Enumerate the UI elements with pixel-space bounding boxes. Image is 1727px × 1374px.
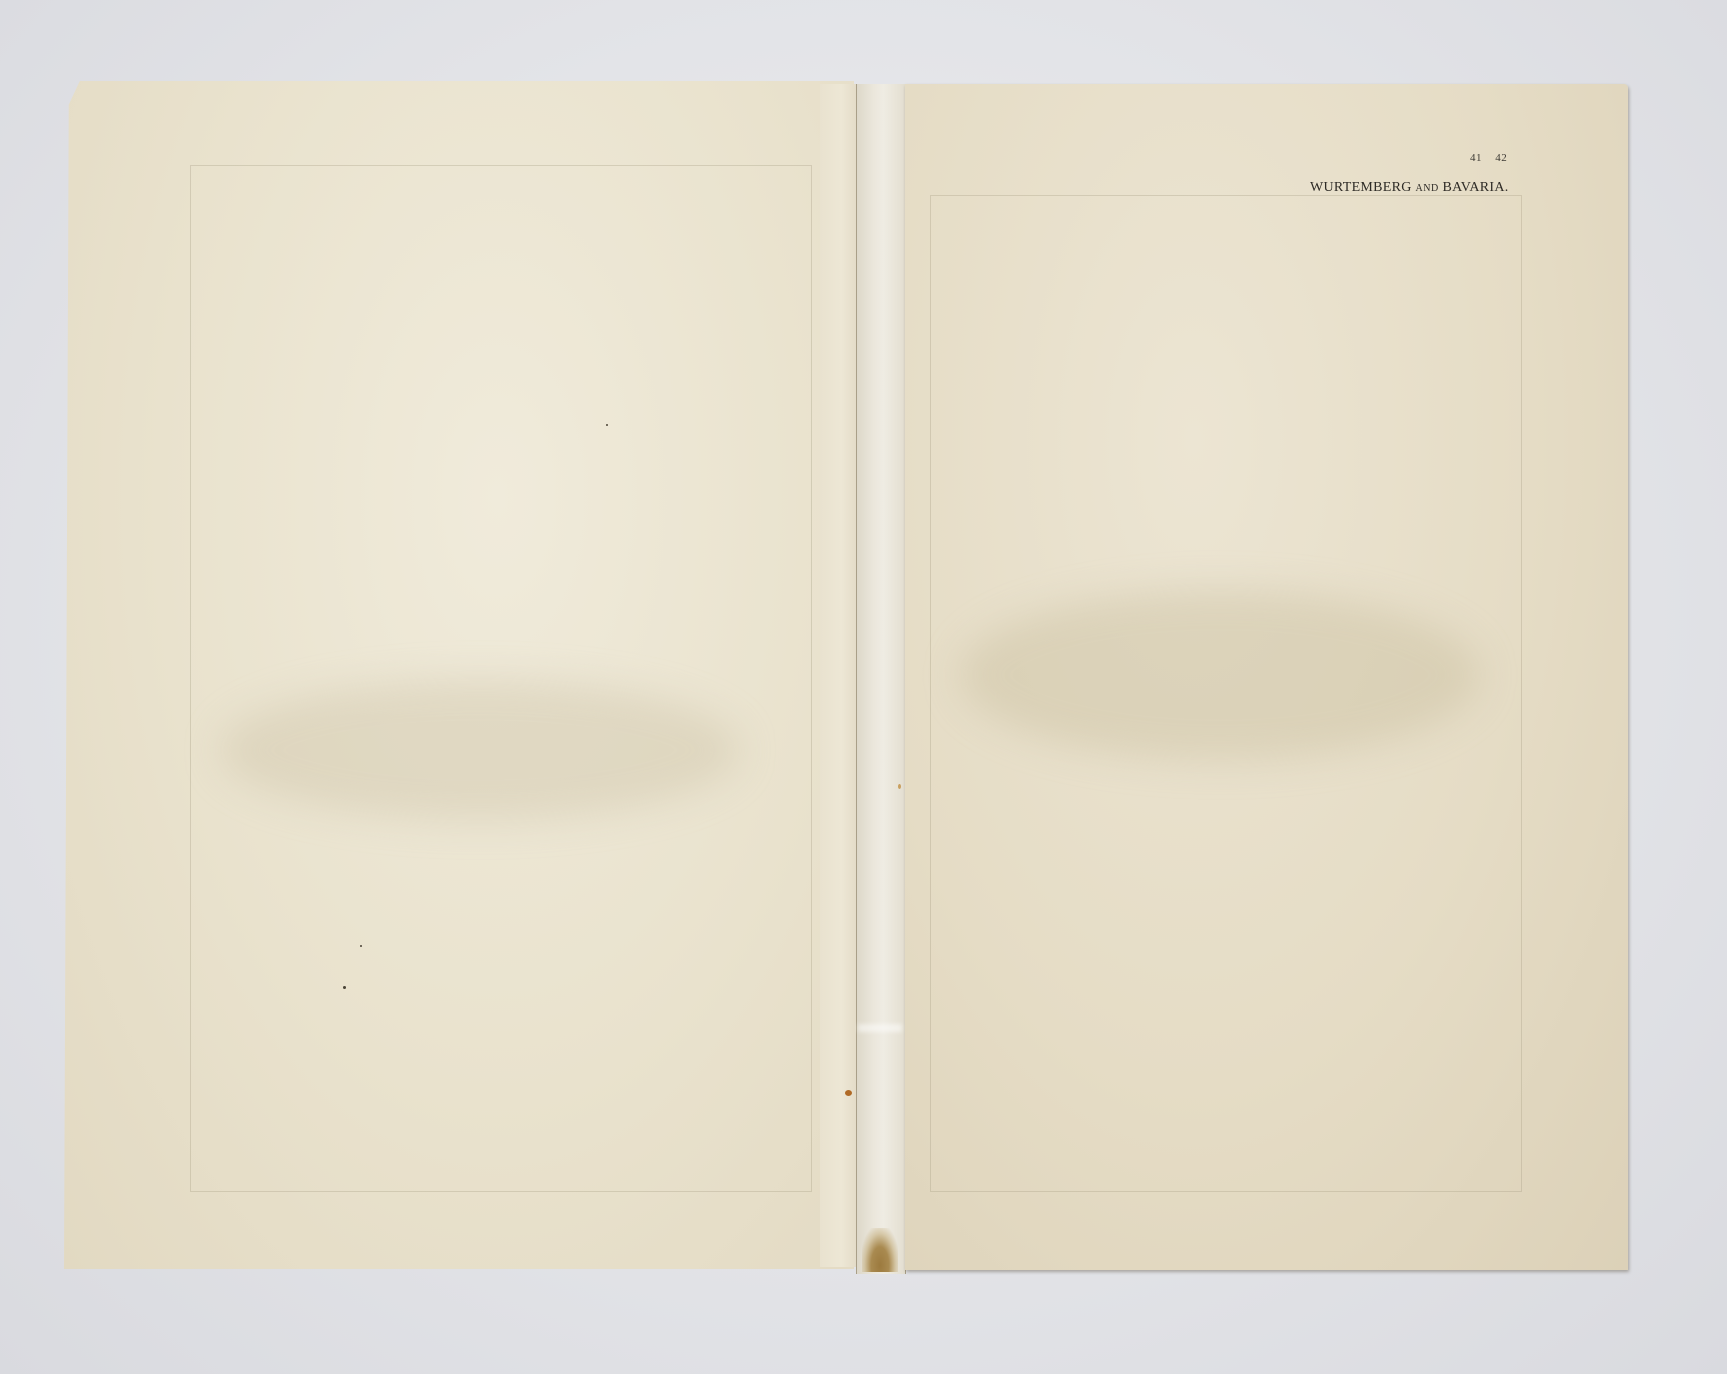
foxing-speck	[343, 986, 346, 989]
water-stain-left	[220, 680, 740, 820]
guard-stain	[862, 1228, 898, 1272]
page-number-right: 42	[1495, 152, 1507, 164]
guard-crease	[858, 1024, 902, 1032]
rust-spot	[845, 1090, 852, 1096]
left-plate-border	[190, 165, 812, 1192]
map-title-connector: and	[1416, 183, 1439, 194]
foxing-speck	[898, 784, 901, 789]
page-numbers: 41 42	[1470, 152, 1507, 164]
linen-guard-strip	[856, 84, 906, 1274]
foxing-speck	[606, 424, 608, 426]
map-title-part1: WURTEMBERG	[1310, 180, 1412, 195]
water-stain-right	[960, 590, 1480, 760]
map-title-part2: BAVARIA.	[1443, 180, 1509, 195]
binding-stub	[820, 84, 857, 1267]
foxing-speck	[360, 945, 362, 947]
page-number-left: 41	[1470, 152, 1482, 164]
map-title: WURTEMBERG and BAVARIA.	[1310, 180, 1509, 196]
